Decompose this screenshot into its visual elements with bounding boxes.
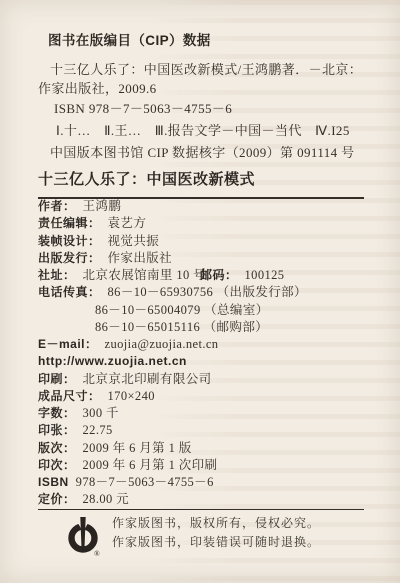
info-row: 印张：22.75 [38, 422, 374, 439]
info-row: 印次：2009 年 6 月第 1 次印刷 [38, 457, 374, 474]
cip-isbn-line: ISBN 978－7－5063－4755－6 [38, 99, 374, 119]
field-value: 北京农展馆南里 10 号 [83, 268, 207, 282]
info-row-second-column [200, 302, 207, 319]
publication-info-list: 作者：王鸿鹏 责任编辑：袁艺方 装帧设计：视觉共振 出版发行：作家出版社 [38, 198, 374, 509]
cip-classification-line: Ⅰ.十… Ⅱ.王… Ⅲ.报告文学－中国－当代 Ⅳ.I25 [38, 121, 374, 141]
footer: ® 作家版图书，版权所有，侵权必究。 作家版图书，印装错误可随时退换。 [66, 514, 320, 558]
field-label: 印张： [38, 423, 76, 437]
info-row: 字数：300 千 [38, 405, 374, 422]
info-row-second-column [200, 284, 207, 301]
cip-record-number-line: 中国版本图书馆 CIP 数据核字（2009）第 091114 号 [38, 143, 374, 163]
info-row-second-column: 邮码：100125 [200, 267, 284, 284]
field-label: 责任编辑： [38, 216, 101, 230]
info-row-second-column [200, 233, 207, 250]
writers-publishing-house-logo-icon: ® [66, 516, 102, 558]
info-row-second-column [200, 388, 207, 405]
field-label: 版次： [38, 441, 76, 455]
info-row: 86－10－65015116 （邮购部） [38, 319, 374, 336]
field-value: 2009 年 6 月第 1 版 [83, 441, 192, 455]
info-row-second-column [200, 336, 207, 353]
cip-heading: 图书在版编目（CIP）数据 [38, 31, 374, 51]
info-row: 电话传真：86－10－65930756 （出版发行部） [38, 284, 374, 301]
info-row: 作者：王鸿鹏 [38, 198, 374, 215]
field-value: 300 千 [83, 406, 119, 420]
info-row: 成品尺寸：170×240 [38, 388, 374, 405]
info-row: E－mail：zuojia@zuojia.net.cn [38, 336, 374, 353]
field-value: 2009 年 6 月第 1 次印刷 [83, 458, 218, 472]
info-row-second-column [200, 457, 207, 474]
field-label: 电话传真： [38, 285, 101, 299]
info-row-second-column [200, 491, 207, 508]
field-label: 出版发行： [38, 251, 101, 265]
field-value: 视觉共振 [108, 234, 160, 248]
info-row-second-column [200, 353, 207, 370]
field-label: E－mail： [38, 337, 98, 351]
info-row: 86－10－65004079 （总编室） [38, 302, 374, 319]
info-row-second-column [200, 198, 207, 215]
info-row: 装帧设计：视觉共振 [38, 233, 374, 250]
field-label: 作者： [38, 199, 76, 213]
book-title: 十三亿人乐了：中国医改新模式 [38, 168, 364, 199]
field-label: 字数： [38, 406, 76, 420]
info-row: 出版发行：作家出版社 [38, 250, 374, 267]
info-row: 版次：2009 年 6 月第 1 版 [38, 440, 374, 457]
field-label: ISBN [38, 475, 69, 489]
cip-entry-line2: 作家出版社，2009.6 [38, 79, 374, 99]
field-value: 170×240 [108, 389, 155, 403]
field-label: 印次： [38, 458, 76, 472]
info-row-second-column [200, 422, 207, 439]
info-row-second-column [200, 215, 207, 232]
legal-notices: 作家版图书，版权所有，侵权必究。 作家版图书，印装错误可随时退换。 [112, 514, 320, 551]
field-value: 86－10－65004079 （总编室） [95, 303, 269, 317]
field-value: 北京京北印刷有限公司 [83, 372, 212, 386]
field-label: 社址： [38, 268, 76, 282]
info-row-second-column [200, 319, 207, 336]
cip-entry-line1: 十三亿人乐了：中国医改新模式/王鸿鹏著．－北京： [38, 60, 374, 80]
info-row: ISBN978－7－5063－4755－6 [38, 474, 374, 491]
cip-block: 图书在版编目（CIP）数据 十三亿人乐了：中国医改新模式/王鸿鹏著．－北京： 作… [38, 31, 374, 162]
field-value: 22.75 [83, 423, 113, 437]
field-value: 978－7－5063－4755－6 [76, 475, 214, 489]
info-row-second-column [200, 440, 207, 457]
field-label: 定价： [38, 492, 76, 506]
info-row-second-column [200, 474, 207, 491]
info-row: 责任编辑：袁艺方 [38, 215, 374, 232]
registered-trademark-glyph: ® [94, 549, 100, 558]
info-row-second-column [200, 250, 207, 267]
field-value: 袁艺方 [108, 216, 147, 230]
copyright-notice: 作家版图书，版权所有，侵权必究。 [112, 514, 320, 533]
info-row-second-column [200, 371, 207, 388]
returns-notice: 作家版图书，印装错误可随时退换。 [112, 533, 320, 552]
field-label: 装帧设计： [38, 234, 101, 248]
info-row-second-column [200, 405, 207, 422]
info-row: http://www.zuojia.net.cn [38, 353, 374, 370]
field-value: 100125 [245, 268, 285, 282]
field-value: 28.00 元 [83, 492, 130, 506]
info-row: 社址：北京农展馆南里 10 号 邮码：100125 [38, 267, 374, 284]
field-label: 邮码： [200, 268, 238, 282]
field-label: 印刷： [38, 372, 76, 386]
field-value: 86－10－65015116 （邮购部） [95, 320, 268, 334]
field-label: 成品尺寸： [38, 389, 101, 403]
info-row: 印刷：北京京北印刷有限公司 [38, 371, 374, 388]
info-row: 定价：28.00 元 [38, 491, 374, 508]
field-value: 王鸿鹏 [83, 199, 122, 213]
field-value: 86－10－65930756 （出版发行部） [108, 285, 307, 299]
field-label: http://www.zuojia.net.cn [38, 354, 187, 368]
copyright-page: 图书在版编目（CIP）数据 十三亿人乐了：中国医改新模式/王鸿鹏著．－北京： 作… [0, 0, 400, 583]
bottom-divider [38, 509, 364, 510]
field-value: 作家出版社 [108, 251, 173, 265]
